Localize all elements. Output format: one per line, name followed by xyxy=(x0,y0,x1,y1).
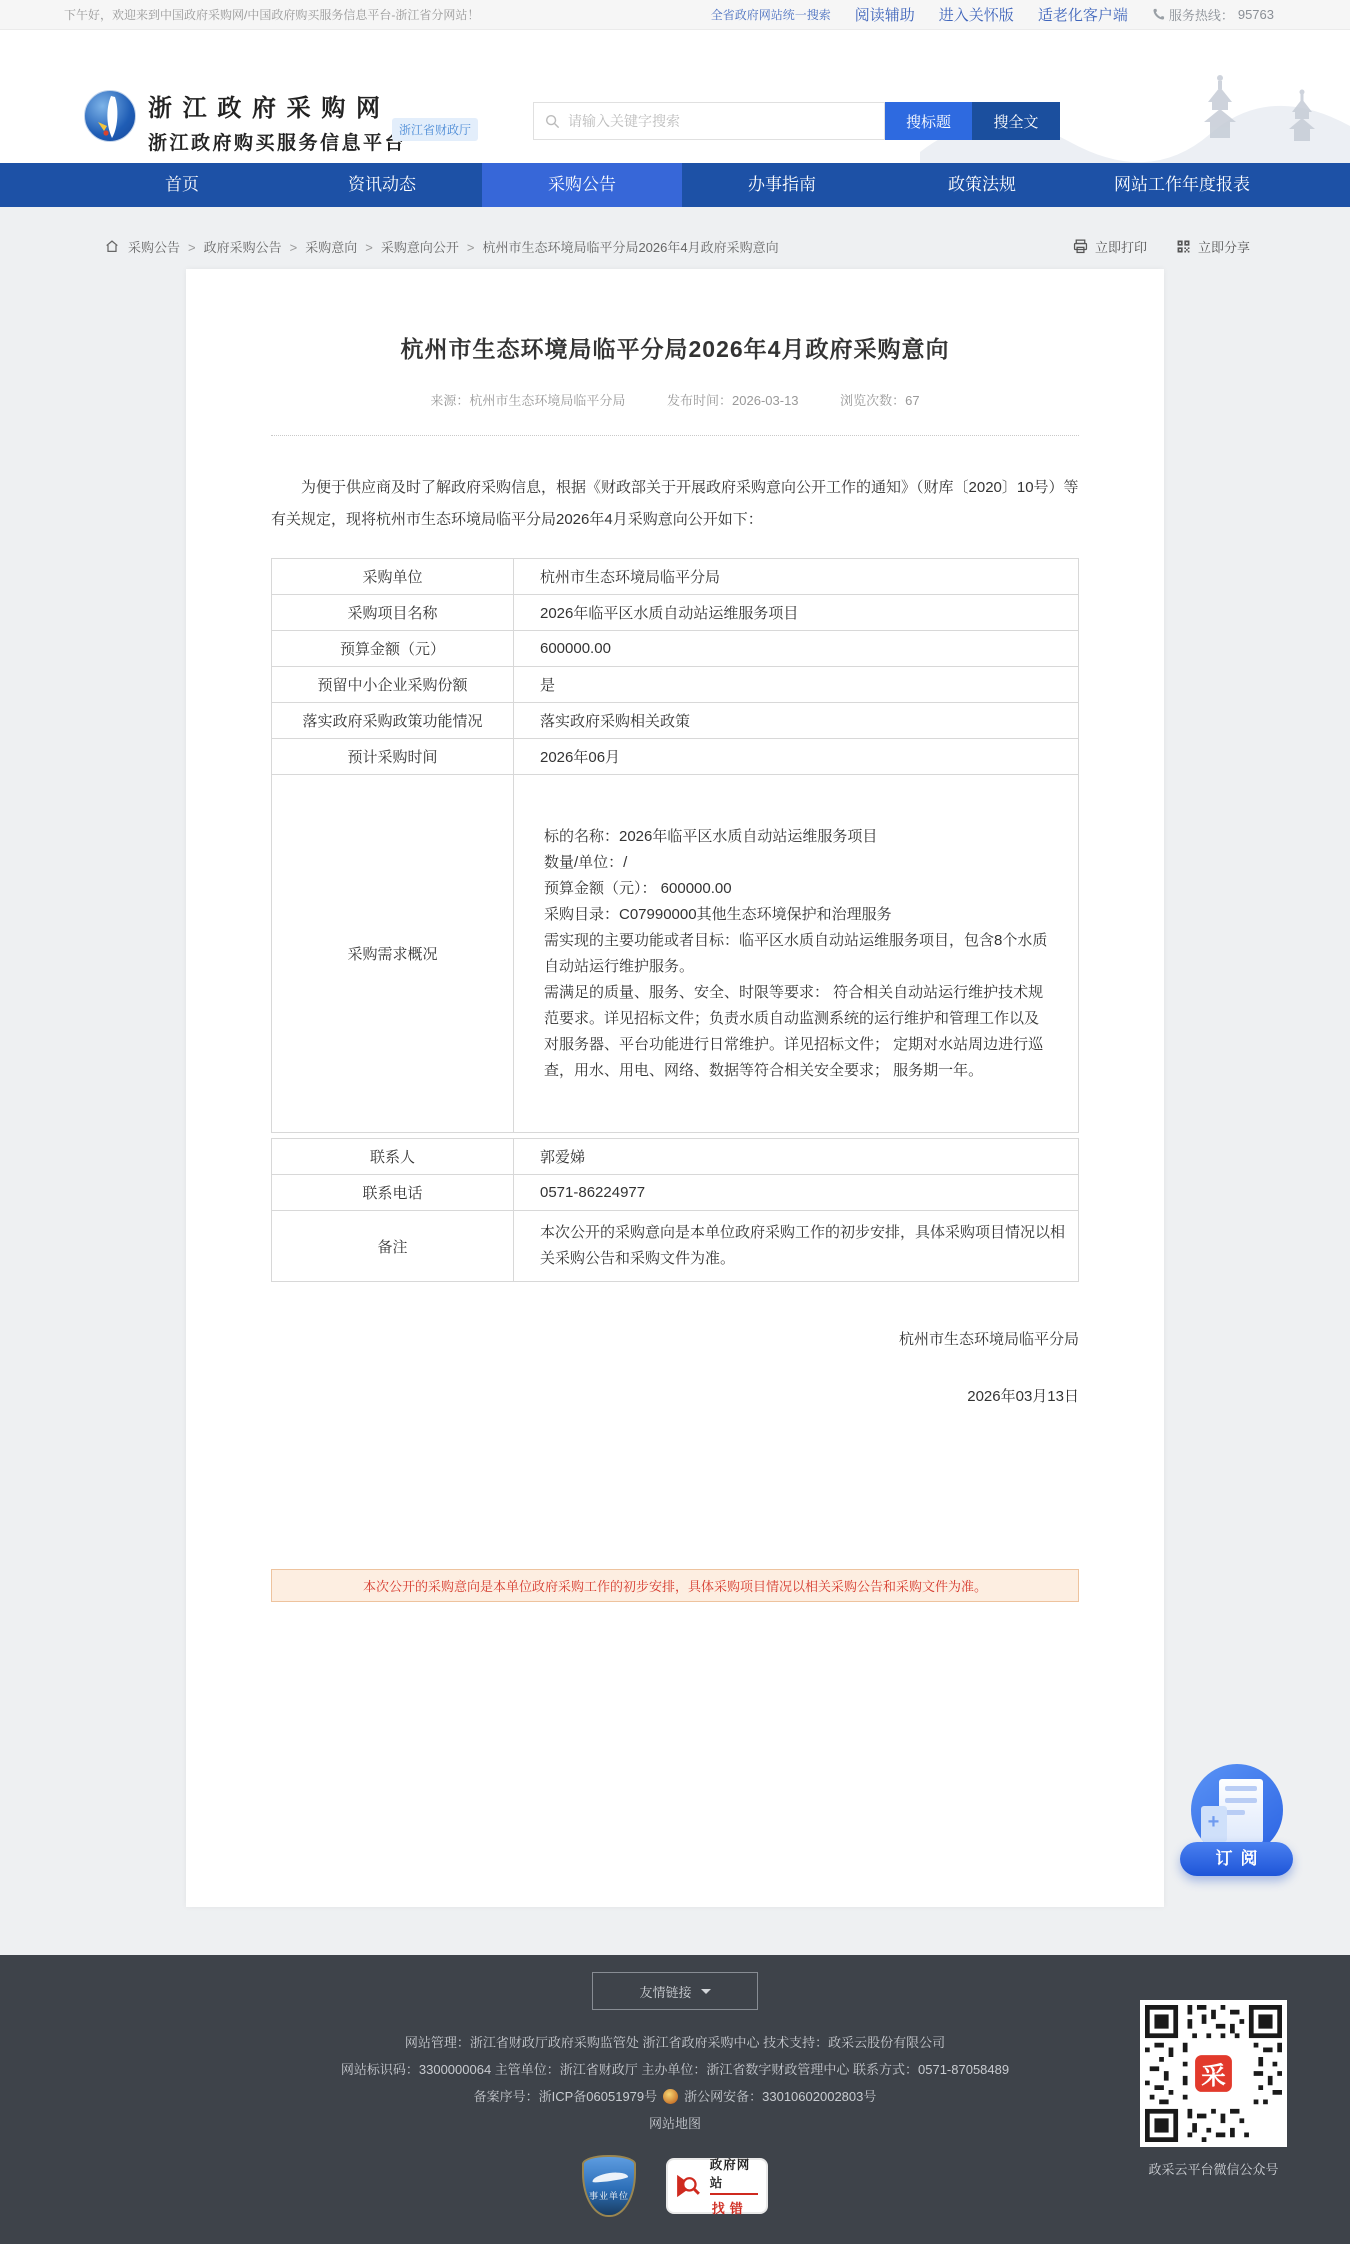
nav-item-procurement-notices[interactable]: 采购公告 xyxy=(482,163,682,207)
site-brand: 浙 江 政 府 采 购 网 浙江政府购买服务信息平台 xyxy=(148,88,406,155)
signature-org: 杭州市生态环境局临平分局 xyxy=(271,1328,1079,1349)
service-hotline: 服务热线：95763 xyxy=(1152,5,1274,24)
plus-icon: + xyxy=(1201,1806,1227,1842)
breadcrumb: 采购公告 政府采购公告 采购意向 采购意向公开 杭州市生态环境局临平分局2026… xyxy=(104,223,779,269)
demand-content: 标的名称：2026年临平区水质自动站运维服务项目 数量/单位：/ 预算金额（元）… xyxy=(514,775,1079,1133)
publish-time-value: 2026-03-13 xyxy=(732,393,799,408)
table-row: 预留中小企业采购份额是 xyxy=(272,667,1079,703)
table-row: 备注本次公开的采购意向是本单位政府采购工作的初步安排，具体采购项目情况以相关采购… xyxy=(272,1211,1079,1282)
table-row: 预算金额（元）600000.00 xyxy=(272,631,1079,667)
mountain-pagoda-decoration xyxy=(920,30,1350,163)
error-report-magnifier-icon xyxy=(676,2171,703,2201)
unified-search-link[interactable]: 全省政府网站统一搜索 xyxy=(711,6,831,23)
site-logo xyxy=(84,90,136,142)
nav-item-home[interactable]: 首页 xyxy=(82,163,282,207)
table-row: 预计采购时间2026年06月 xyxy=(272,739,1079,775)
qr-caption: 政采云平台微信公众号 xyxy=(1140,2159,1287,2178)
security-record-link[interactable]: 浙公网安备：33010602002803号 xyxy=(684,2089,876,2104)
subscribe-button[interactable]: 订阅 xyxy=(1180,1842,1293,1876)
article-card: 杭州市生态环境局临平分局2026年4月政府采购意向 来源：杭州市生态环境局临平分… xyxy=(186,269,1164,1907)
breadcrumb-bar: 采购公告 政府采购公告 采购意向 采购意向公开 杭州市生态环境局临平分局2026… xyxy=(0,207,1350,269)
phone-icon xyxy=(1152,8,1165,21)
breadcrumb-item[interactable]: 采购公告 xyxy=(128,237,204,256)
friend-links-dropdown[interactable]: 友情链接 xyxy=(592,1972,758,2010)
search-icon xyxy=(544,113,560,129)
publish-time-label: 发布时间： xyxy=(667,393,732,408)
main-navigation: 首页 资讯动态 采购公告 办事指南 政策法规 网站工作年度报表 xyxy=(0,163,1350,207)
breadcrumb-item[interactable]: 采购意向公开 xyxy=(381,237,483,256)
disclaimer-notice: 本次公开的采购意向是本单位政府采购工作的初步安排，具体采购项目情况以相关采购公告… xyxy=(271,1569,1079,1602)
printer-icon xyxy=(1072,238,1089,255)
nav-item-guide[interactable]: 办事指南 xyxy=(682,163,882,207)
nav-item-policies[interactable]: 政策法规 xyxy=(882,163,1082,207)
procurement-info-table: 采购单位杭州市生态环境局临平分局 采购项目名称2026年临平区水质自动站运维服务… xyxy=(271,558,1079,1133)
views-value: 67 xyxy=(905,393,919,408)
table-row: 联系人郭爱娣 xyxy=(272,1139,1079,1175)
hotline-number: 95763 xyxy=(1238,7,1274,22)
public-institution-badge[interactable]: 事业单位 xyxy=(582,2155,636,2217)
search-input[interactable] xyxy=(568,113,874,129)
source-label: 来源： xyxy=(430,393,469,408)
site-subname: 浙江政府购买服务信息平台 xyxy=(148,128,406,155)
print-button[interactable]: 立即打印 xyxy=(1072,237,1147,256)
table-row: 采购单位杭州市生态环境局临平分局 xyxy=(272,559,1079,595)
breadcrumb-item[interactable]: 采购意向 xyxy=(305,237,381,256)
breadcrumb-current: 杭州市生态环境局临平分局2026年4月政府采购意向 xyxy=(482,237,778,256)
demand-label: 采购需求概况 xyxy=(272,775,514,1133)
wechat-qr-block: 采 政采云平台微信公众号 xyxy=(1140,2000,1287,2178)
top-utility-bar: 下午好，欢迎来到中国政府采购网/中国政府购买服务信息平台-浙江省分网站！ 全省政… xyxy=(0,0,1350,30)
dotted-divider xyxy=(271,435,1079,436)
signature-date: 2026年03月13日 xyxy=(271,1385,1079,1406)
care-version-link[interactable]: 进入关怀版 xyxy=(939,4,1014,25)
qr-share-icon xyxy=(1175,238,1192,255)
source-value: 杭州市生态环境局临平分局 xyxy=(469,393,625,408)
site-name: 浙 江 政 府 采 购 网 xyxy=(148,88,406,123)
views-label: 浏览次数： xyxy=(840,393,905,408)
hotline-label: 服务热线： xyxy=(1169,5,1234,24)
home-icon[interactable] xyxy=(104,238,120,254)
sitemap-link[interactable]: 网站地图 xyxy=(649,2116,701,2131)
table-row: 落实政府采购政策功能情况落实政府采购相关政策 xyxy=(272,703,1079,739)
nav-item-news[interactable]: 资讯动态 xyxy=(282,163,482,207)
site-header: 浙 江 政 府 采 购 网 浙江政府购买服务信息平台 浙江省财政厅 搜标题 搜全… xyxy=(0,30,1350,163)
chevron-down-icon xyxy=(701,1989,711,1994)
breadcrumb-item[interactable]: 政府采购公告 xyxy=(204,237,306,256)
search-title-button[interactable]: 搜标题 xyxy=(885,102,972,140)
qr-code: 采 xyxy=(1140,2000,1287,2147)
subscribe-widget[interactable]: + 订阅 xyxy=(1180,1764,1293,1876)
share-button[interactable]: 立即分享 xyxy=(1175,237,1250,256)
table-row-demand: 采购需求概况 标的名称：2026年临平区水质自动站运维服务项目 数量/单位：/ … xyxy=(272,775,1079,1133)
police-badge-icon xyxy=(663,2089,678,2104)
contact-info-table: 联系人郭爱娣 联系电话0571-86224977 备注本次公开的采购意向是本单位… xyxy=(271,1138,1079,1282)
welcome-text: 下午好，欢迎来到中国政府采购网/中国政府购买服务信息平台-浙江省分网站！ xyxy=(64,6,479,23)
gov-site-error-report-badge[interactable]: 政府网站 找错 xyxy=(666,2158,768,2214)
svg-text:采: 采 xyxy=(1201,2062,1226,2090)
table-row: 联系电话0571-86224977 xyxy=(272,1175,1079,1211)
elderly-client-link[interactable]: 适老化客户端 xyxy=(1038,4,1128,25)
site-footer: 友情链接 网站管理：浙江省财政厅政府采购监管处 浙江省政府采购中心 技术支持：政… xyxy=(0,1955,1350,2244)
page-title: 杭州市生态环境局临平分局2026年4月政府采购意向 xyxy=(271,269,1079,364)
search-group: 搜标题 搜全文 xyxy=(533,102,1060,140)
icp-record-link[interactable]: 备案序号：浙ICP备06051979号 xyxy=(474,2089,658,2104)
page: 下午好，欢迎来到中国政府采购网/中国政府购买服务信息平台-浙江省分网站！ 全省政… xyxy=(0,0,1350,2244)
article-meta: 来源：杭州市生态环境局临平分局 发布时间：2026-03-13 浏览次数：67 xyxy=(271,390,1079,409)
table-row: 采购项目名称2026年临平区水质自动站运维服务项目 xyxy=(272,595,1079,631)
intro-paragraph: 为便于供应商及时了解政府采购信息，根据《财政部关于开展政府采购意向公开工作的通知… xyxy=(271,472,1079,536)
search-fulltext-button[interactable]: 搜全文 xyxy=(972,102,1060,140)
reading-assist-link[interactable]: 阅读辅助 xyxy=(855,4,915,25)
finance-dept-badge: 浙江省财政厅 xyxy=(392,118,478,141)
nav-item-annual-report[interactable]: 网站工作年度报表 xyxy=(1082,163,1282,207)
